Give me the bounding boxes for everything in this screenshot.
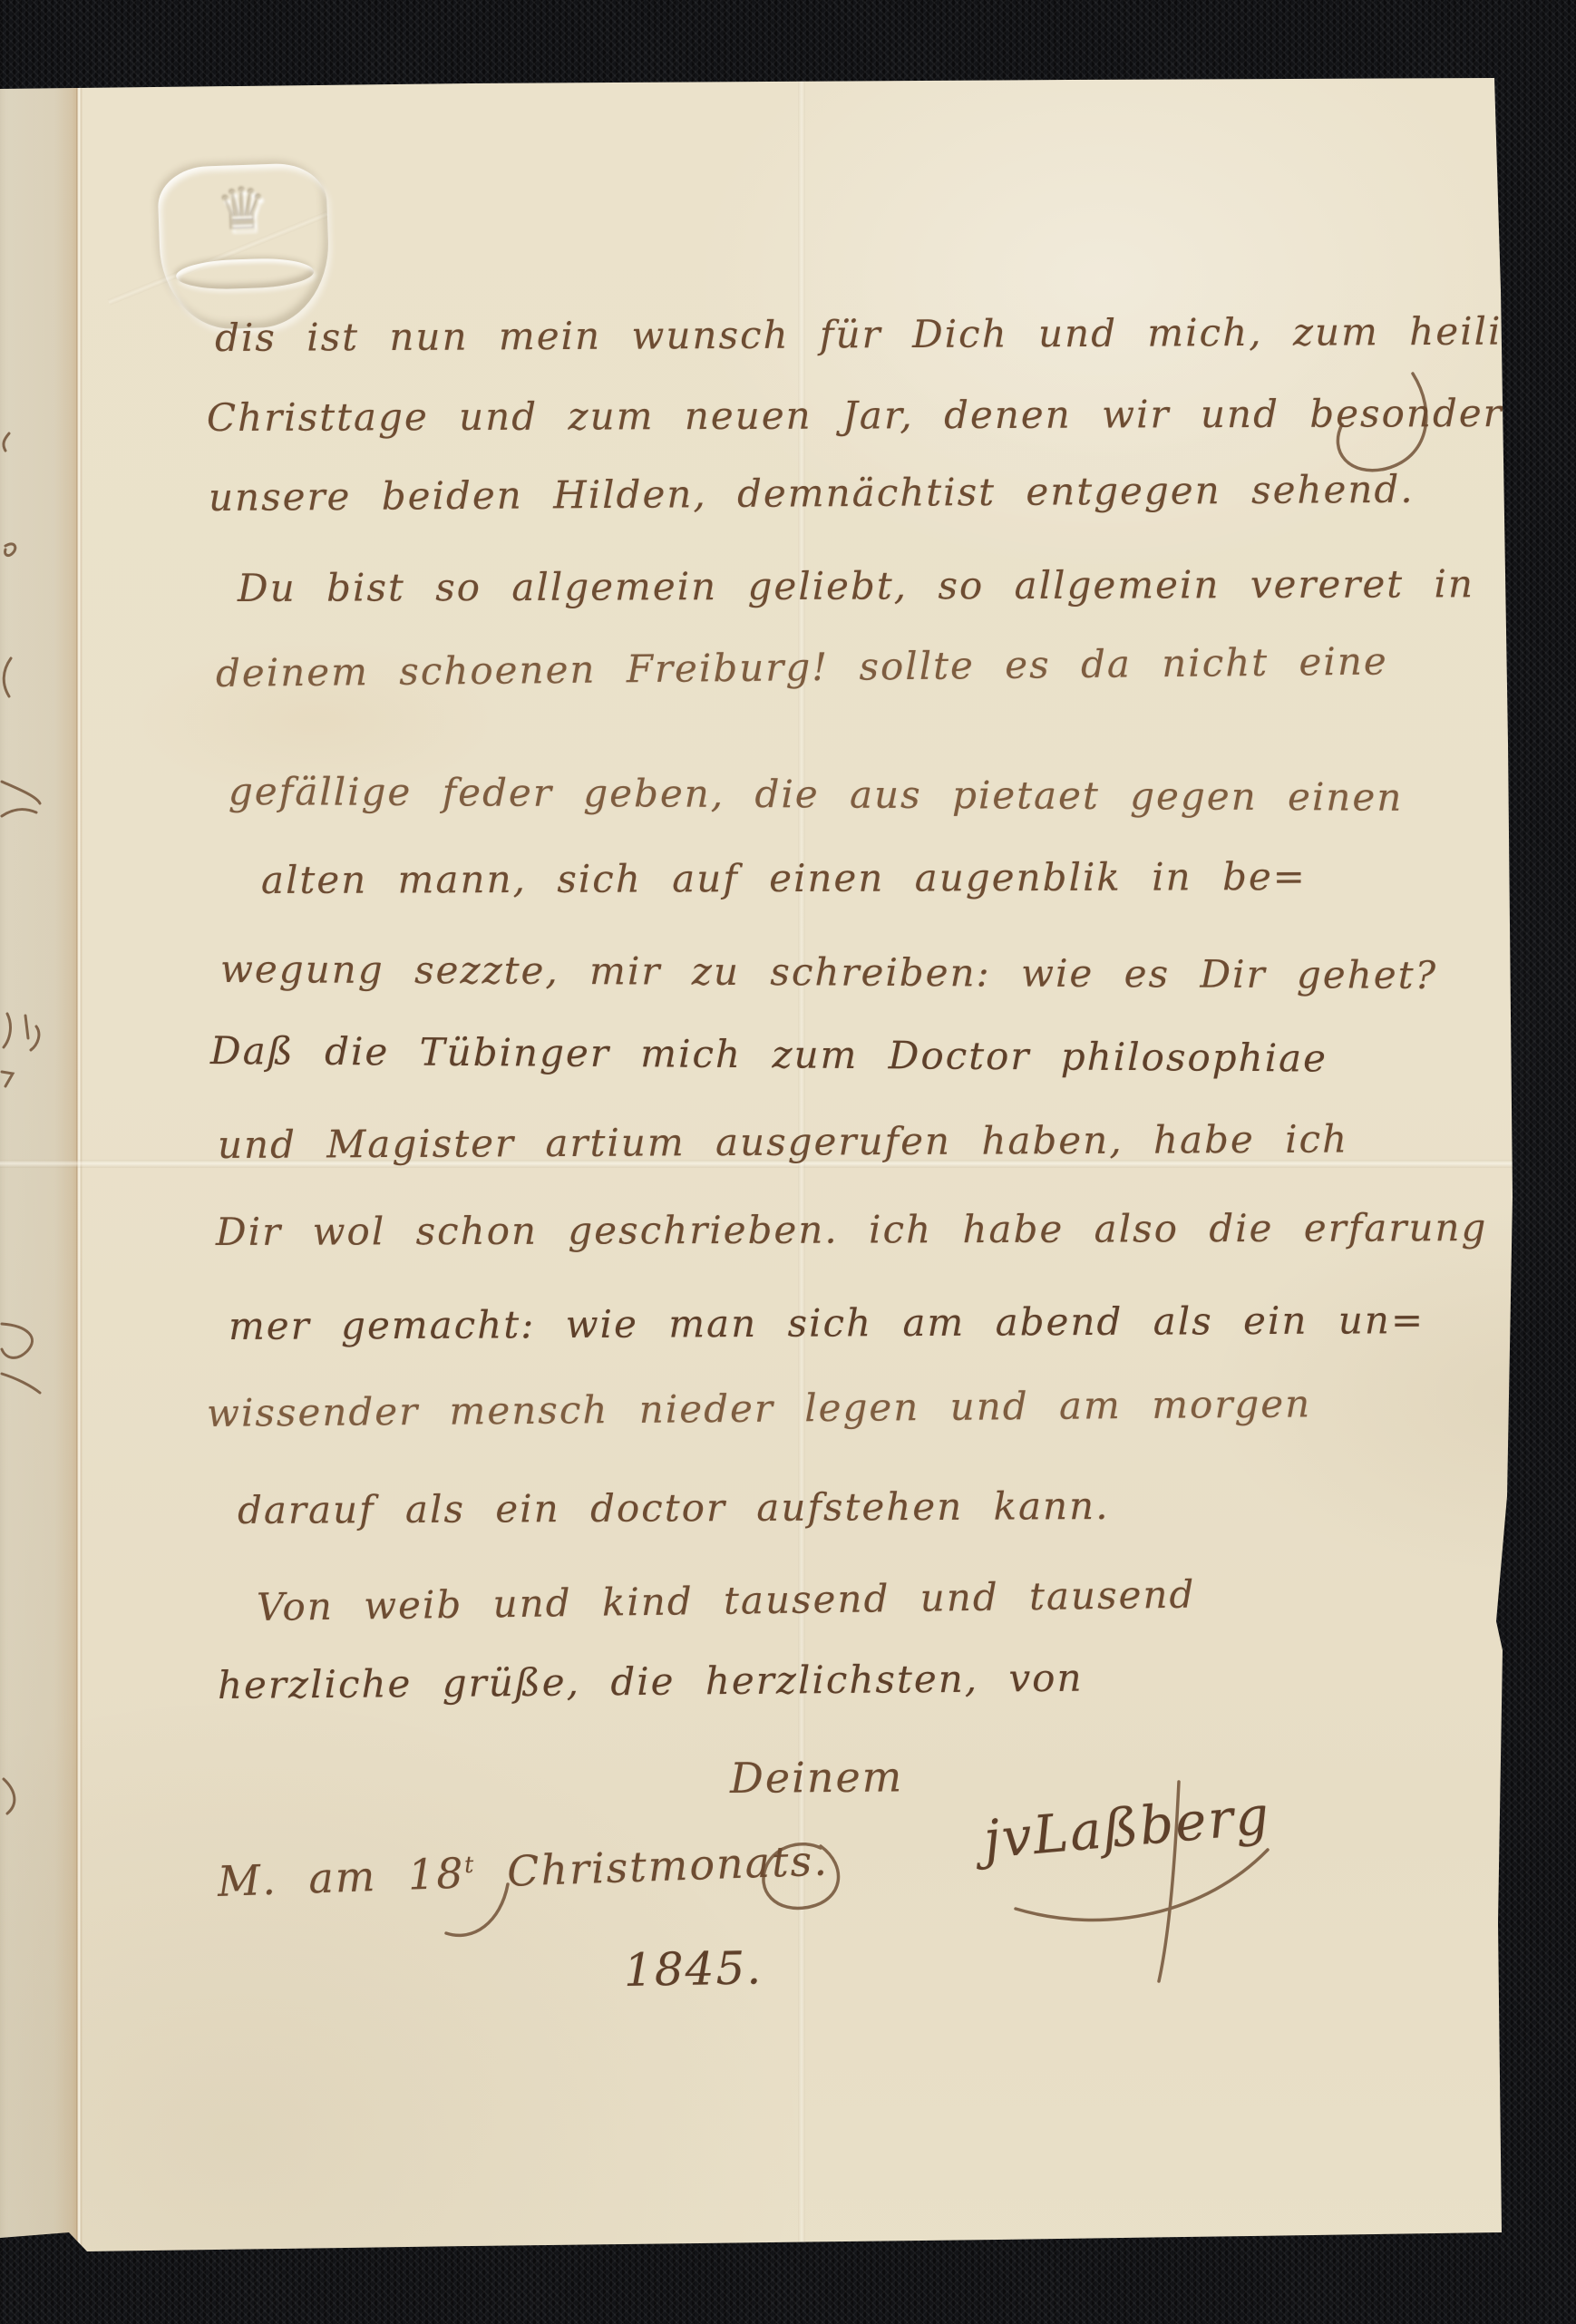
photo-background: ♛ dis ist nun mein wunsch für Dich und m…: [0, 0, 1576, 2324]
flourish-loop: [1338, 374, 1425, 471]
signature-descender: [1159, 1782, 1179, 1981]
flourish-ring: [764, 1844, 839, 1909]
signature-underline: [1016, 1850, 1268, 1920]
pen-flourishes: [0, 0, 1576, 2324]
letter-paper: ♛ dis ist nun mein wunsch für Dich und m…: [0, 0, 1576, 2324]
flourish-curl: [446, 1884, 508, 1935]
ink-fragments: [2, 433, 40, 1813]
